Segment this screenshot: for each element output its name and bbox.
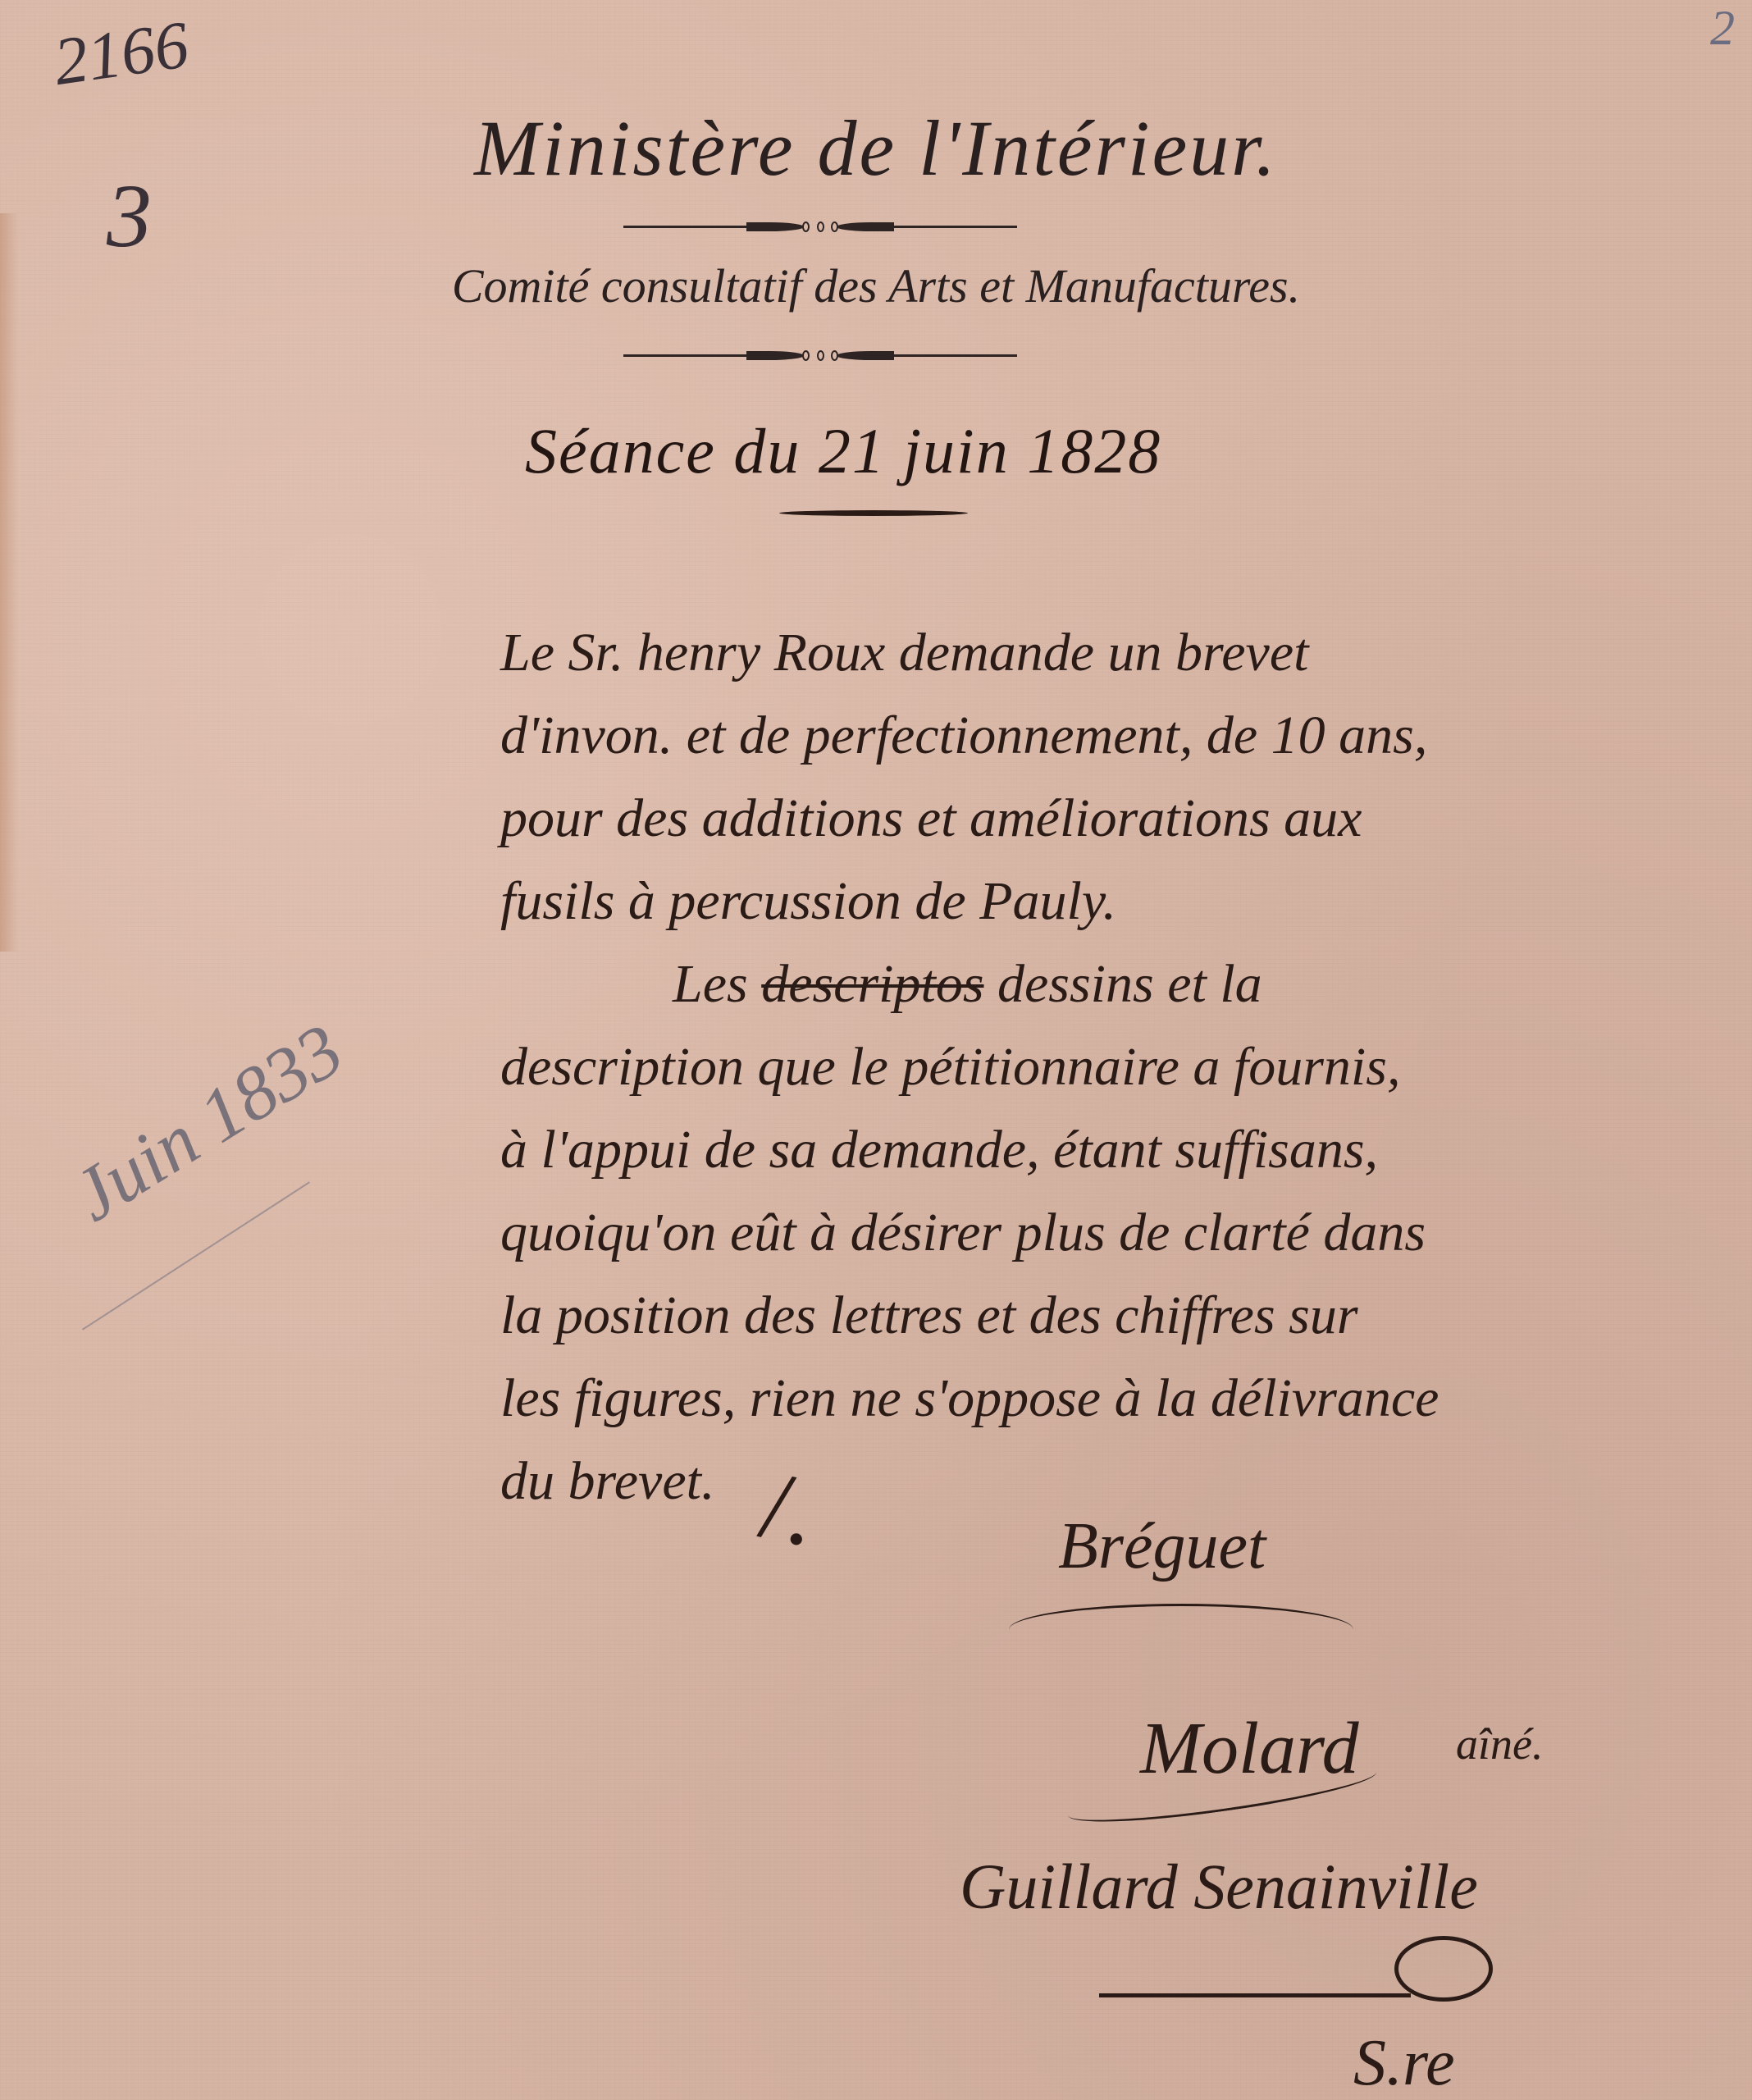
minutes-body: Le Sr. henry Roux demande un brevet d'in… xyxy=(500,611,1714,1522)
body-word: dessins et la xyxy=(997,954,1262,1014)
struck-word: descriptos xyxy=(761,954,983,1014)
signature-secretary: S.re xyxy=(1353,2026,1455,2100)
body-line: d'invon. et de perfectionnement, de 10 a… xyxy=(500,694,1714,777)
body-line: pour des additions et améliorations aux xyxy=(500,777,1714,860)
body-line: Le Sr. henry Roux demande un brevet xyxy=(500,611,1714,694)
body-line-with-strike: Les descriptos dessins et la xyxy=(500,943,1714,1025)
body-line: fusils à percussion de Pauly. xyxy=(500,860,1714,943)
body-line: à l'appui de sa demande, étant suffisans… xyxy=(500,1108,1714,1191)
paper-edge-stain xyxy=(0,213,18,952)
body-line: quoiqu'on eût à désirer plus de clarté d… xyxy=(500,1191,1714,1274)
committee-heading: Comité consultatif des Arts et Manufactu… xyxy=(0,258,1752,313)
signature-flourish xyxy=(1009,1604,1353,1655)
signature-loop xyxy=(1394,1936,1493,2002)
pencil-date-note: Juin 1833 xyxy=(57,1006,358,1239)
ornament-divider-bottom xyxy=(623,349,1017,363)
body-line: la position des lettres et des chiffres … xyxy=(500,1274,1714,1357)
session-date: Séance du 21 juin 1828 xyxy=(525,414,1161,488)
body-line: description que le pétitionnaire a fourn… xyxy=(500,1025,1714,1108)
body-word: Les xyxy=(673,954,748,1014)
ornament-divider-top xyxy=(623,220,1017,235)
signature-molard-suffix: aîné. xyxy=(1456,1719,1543,1769)
signature-breguet: Bréguet xyxy=(1058,1509,1266,1584)
ministry-heading: Ministère de l'Intérieur. xyxy=(0,103,1752,194)
signature-guillard-senainville: Guillard Senainville xyxy=(960,1850,1478,1924)
page-number: 2 xyxy=(1710,0,1735,57)
session-underline xyxy=(779,510,968,516)
archive-number: 2166 xyxy=(49,6,193,101)
signature-flourish xyxy=(1099,1993,1411,1997)
body-line: les figures, rien ne s'oppose à la déliv… xyxy=(500,1357,1714,1440)
